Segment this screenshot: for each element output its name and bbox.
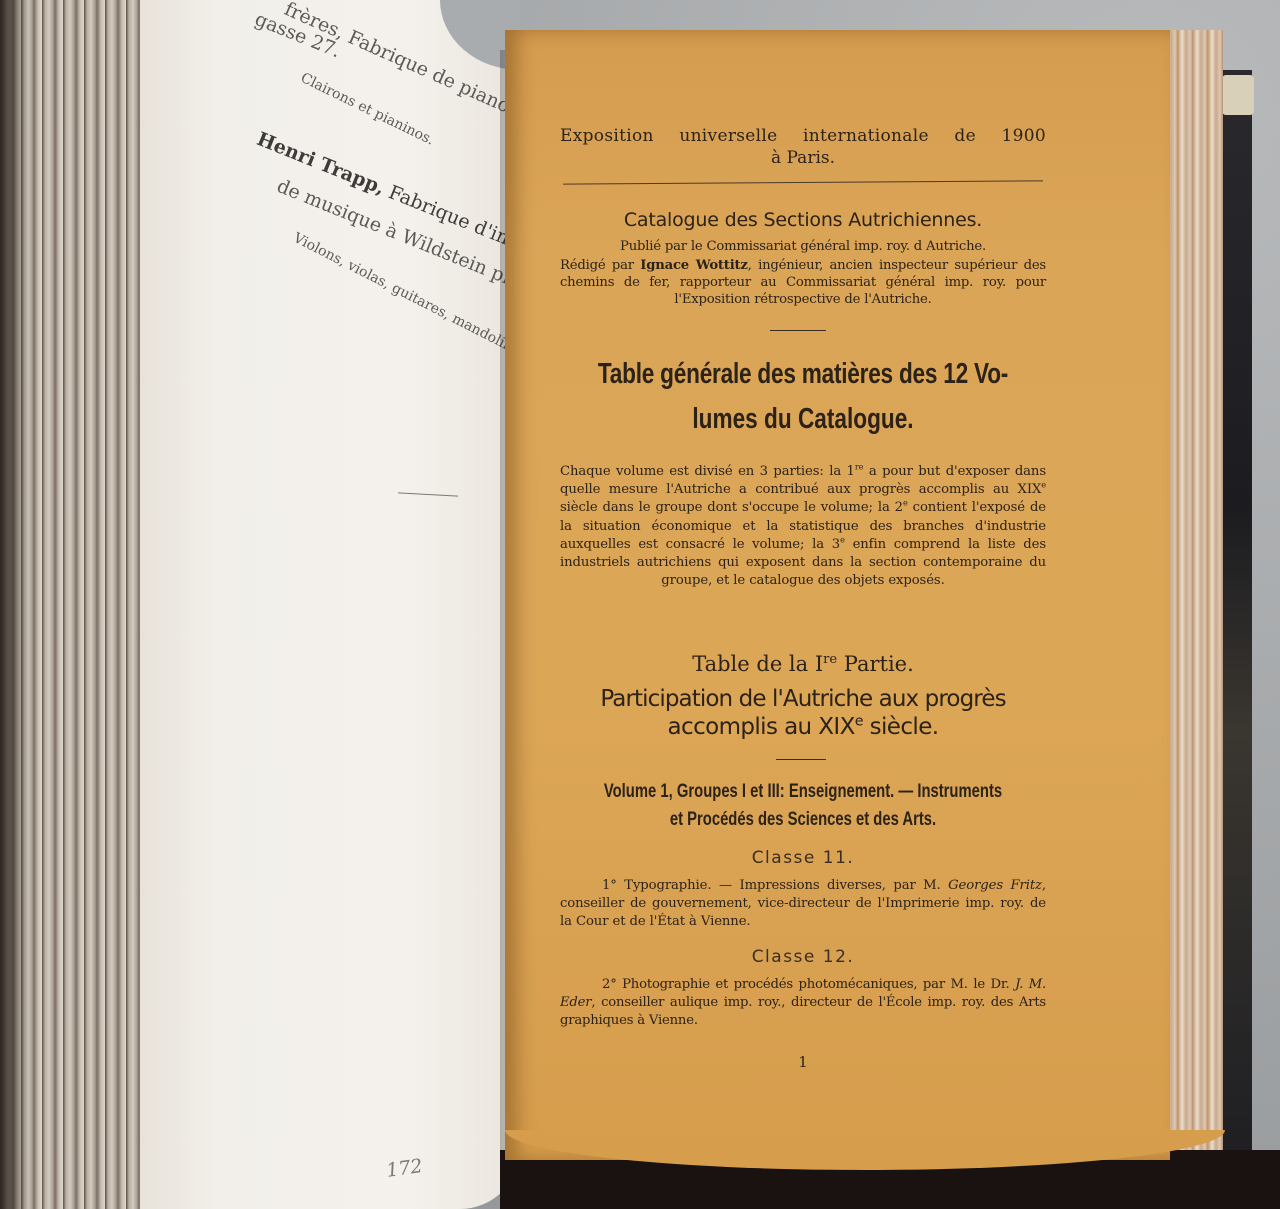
part-subtitle-text-b: siècle. xyxy=(863,714,939,740)
part-title-sup: re xyxy=(823,652,837,667)
class-12-entry-rest: , conseiller aulique imp. roy., directeu… xyxy=(560,995,1046,1028)
class-12-title: Classe 12. xyxy=(560,947,1046,967)
editor-prefix: Rédigé par xyxy=(560,258,640,273)
volume-heading-line-2: et Procédés des Sciences et des Arts. xyxy=(542,808,1063,831)
book-cover-edge xyxy=(1222,70,1252,1170)
part-subtitle-line-2: accomplis au XIXe siècle. xyxy=(560,714,1046,740)
intro-text-1: Chaque volume est divisé en 3 parties: l… xyxy=(560,464,855,479)
exposition-header-city: à Paris. xyxy=(560,148,1046,168)
publisher-line: Publié par le Commissariat général imp. … xyxy=(560,239,1046,254)
section-rule-1 xyxy=(770,330,826,331)
right-page-block-edges xyxy=(1163,30,1223,1160)
part-subtitle-line-1: Participation de l'Autriche aux progrès xyxy=(560,686,1046,712)
right-page-number: 1 xyxy=(560,1053,1046,1071)
left-shadow xyxy=(0,0,30,1209)
left-page xyxy=(140,0,520,1209)
editor-name: Ignace Wottitz xyxy=(640,258,747,273)
part-title: Table de la Ire Partie. xyxy=(560,652,1046,676)
class-12-entry-text: 2° Photographie et procédés photomécaniq… xyxy=(602,977,1015,992)
class-11-entry-text: 1° Typographie. — Impressions diverses, … xyxy=(602,878,948,893)
editor-paragraph: Rédigé par Ignace Wottitz, ingénieur, an… xyxy=(560,257,1046,308)
intro-text-3: siècle dans le groupe dont s'occupe le v… xyxy=(560,500,903,515)
class-11-author: Georges Fritz xyxy=(948,878,1042,893)
section-rule-2 xyxy=(776,759,826,760)
class-11-entry: 1° Typographie. — Impressions diverses, … xyxy=(560,877,1046,931)
intro-sup-2: e xyxy=(1041,480,1046,490)
exposition-header: Exposition universelle internationale de… xyxy=(560,126,1046,146)
volume-heading-line-1: Volume 1, Groupes I et III: Enseignement… xyxy=(542,780,1063,803)
class-12-entry: 2° Photographie et procédés photomécaniq… xyxy=(560,976,1046,1030)
main-title-line-2: lumes du Catalogue. xyxy=(567,403,1040,436)
intro-paragraph: Chaque volume est divisé en 3 parties: l… xyxy=(560,463,1046,590)
part-title-text: Table de la I xyxy=(692,652,823,676)
part-subtitle-text-a: accomplis au XIX xyxy=(668,714,855,740)
part-subtitle-sup: e xyxy=(855,713,863,729)
main-title-line-1: Table générale des matières des 12 Vo- xyxy=(567,358,1040,391)
part-title-end: Partie. xyxy=(837,652,914,676)
catalogue-title: Catalogue des Sections Autrichiennes. xyxy=(560,209,1046,231)
book-cover-corner xyxy=(1222,75,1254,115)
class-11-title: Classe 11. xyxy=(560,848,1046,868)
